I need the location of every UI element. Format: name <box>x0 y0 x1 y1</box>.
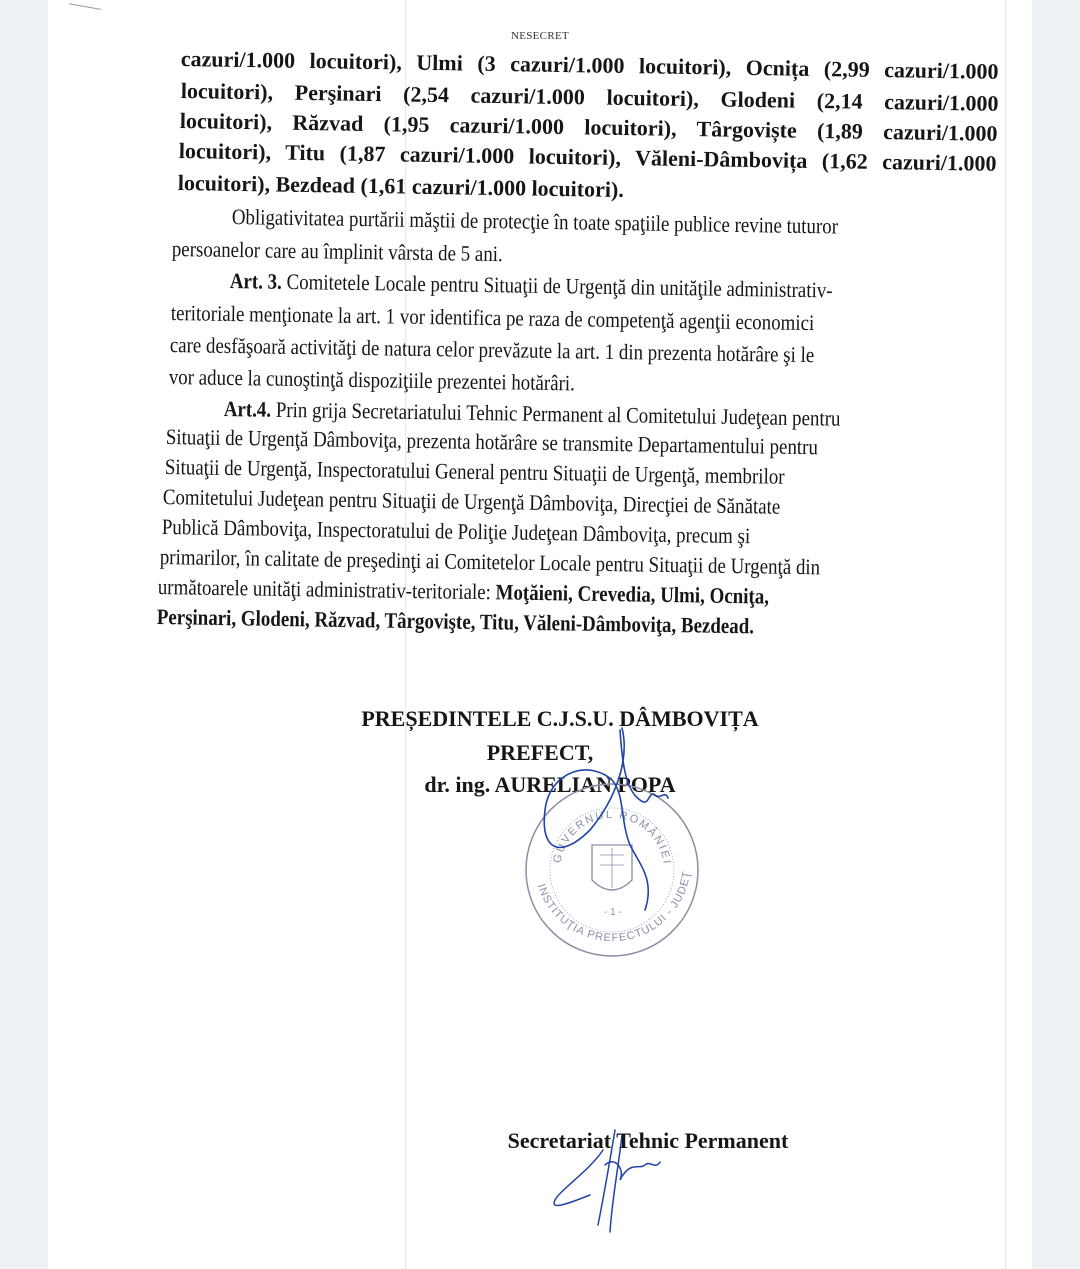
president-role: PREFECT, <box>0 742 1080 764</box>
masks-line: persoanelor care au împlinit vârsta de 5… <box>172 238 503 265</box>
scan-fold-line <box>1005 0 1006 1269</box>
article-4-label: Art.4. <box>224 396 272 422</box>
article-3-label: Art. 3. <box>230 268 282 294</box>
secretariat-title: Secretariat Tehnic Permanent <box>48 1130 1080 1152</box>
president-title: PREȘEDINTELE C.J.S.U. DÂMBOVIȚA <box>0 708 1080 730</box>
president-name: dr. ing. AURELIAN POPA <box>0 774 1080 796</box>
localities-list: Moţăieni, Crevedia, Ulmi, Ocniţa, <box>495 579 769 608</box>
classification-label: NESECRET <box>0 30 1080 42</box>
